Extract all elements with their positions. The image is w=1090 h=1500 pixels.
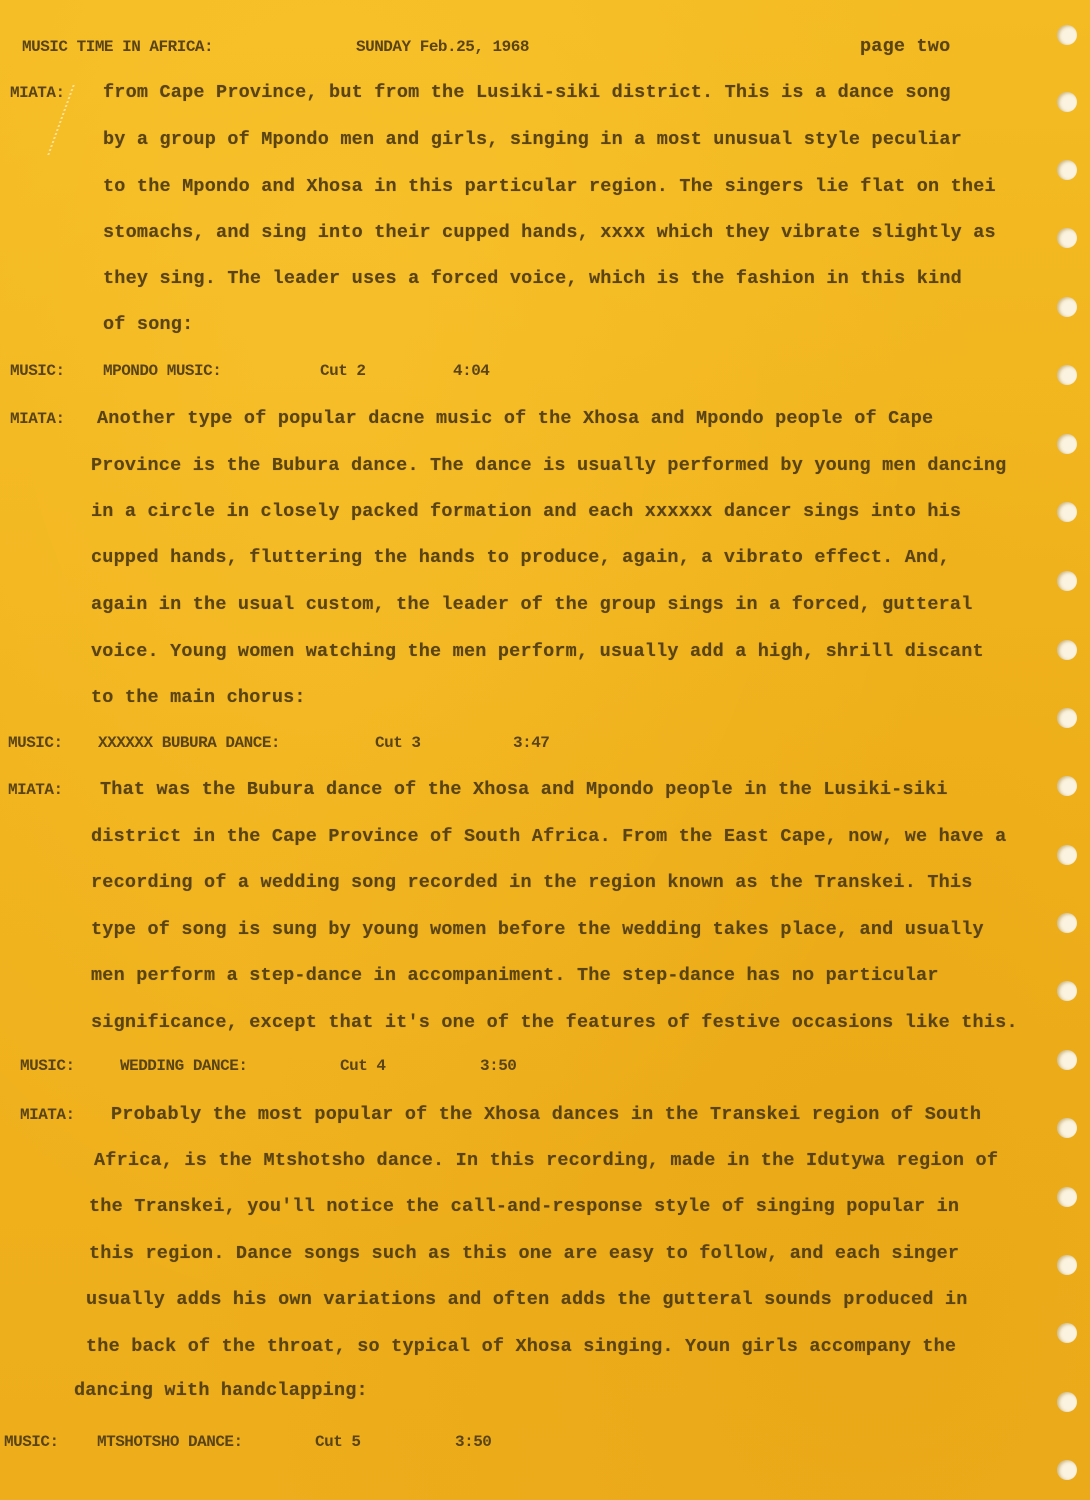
script-line: Probably the most popular of the Xhosa d…	[111, 1104, 981, 1125]
binder-hole	[1057, 571, 1077, 591]
binder-hole	[1057, 92, 1077, 112]
script-line: to the main chorus:	[91, 687, 306, 708]
binder-hole	[1057, 776, 1077, 796]
script-line: from Cape Province, but from the Lusiki-…	[103, 82, 951, 103]
music-cut: Cut 4	[340, 1057, 386, 1075]
script-line: usually adds his own variations and ofte…	[86, 1289, 968, 1310]
page-number: page two	[860, 36, 950, 57]
script-line: of song:	[103, 314, 193, 335]
music-cue-label: MUSIC:	[4, 1433, 59, 1451]
music-title: MTSHOTSHO DANCE:	[97, 1433, 243, 1451]
binder-hole	[1057, 981, 1077, 1001]
script-line: Another type of popular dacne music of t…	[97, 408, 933, 429]
binder-hole	[1057, 297, 1077, 317]
music-duration: 3:47	[513, 734, 549, 752]
binder-hole	[1057, 1323, 1077, 1343]
binder-hole	[1057, 160, 1077, 180]
binder-hole	[1057, 913, 1077, 933]
script-line: That was the Bubura dance of the Xhosa a…	[100, 779, 948, 800]
script-line: the Transkei, you'll notice the call-and…	[89, 1196, 959, 1217]
music-cut: Cut 3	[375, 734, 421, 752]
script-line: they sing. The leader uses a forced voic…	[103, 268, 962, 289]
broadcast-date: SUNDAY Feb.25, 1968	[356, 38, 529, 56]
script-line: to the Mpondo and Xhosa in this particul…	[103, 176, 996, 197]
binder-hole	[1057, 1187, 1077, 1207]
binder-hole	[1057, 1118, 1077, 1138]
script-line: recording of a wedding song recorded in …	[91, 872, 973, 893]
script-line: significance, except that it's one of th…	[91, 1012, 1018, 1033]
typewritten-page: MUSIC TIME IN AFRICA: SUNDAY Feb.25, 196…	[0, 0, 1090, 1500]
binder-hole	[1057, 640, 1077, 660]
music-duration: 3:50	[455, 1433, 491, 1451]
script-line: district in the Cape Province of South A…	[91, 826, 1006, 847]
binder-hole	[1057, 228, 1077, 248]
music-cue-label: MUSIC:	[10, 362, 65, 380]
binder-hole	[1057, 845, 1077, 865]
script-line: stomachs, and sing into their cupped han…	[103, 222, 996, 243]
script-line: type of song is sung by young women befo…	[91, 919, 984, 940]
script-line: dancing with handclapping:	[74, 1380, 368, 1401]
speaker-label: MIATA:	[20, 1106, 75, 1124]
script-line: voice. Young women watching the men perf…	[91, 641, 984, 662]
script-line: men perform a step-dance in accompanimen…	[91, 965, 939, 986]
program-title: MUSIC TIME IN AFRICA:	[22, 38, 213, 56]
music-cue-label: MUSIC:	[8, 734, 63, 752]
script-line: Province is the Bubura dance. The dance …	[91, 455, 1006, 476]
speaker-label: MIATA:	[10, 84, 65, 102]
binder-hole	[1057, 502, 1077, 522]
script-line: cupped hands, fluttering the hands to pr…	[91, 547, 950, 568]
speaker-label: MIATA:	[8, 781, 63, 799]
script-line: again in the usual custom, the leader of…	[91, 594, 973, 615]
script-line: this region. Dance songs such as this on…	[89, 1243, 959, 1264]
music-cut: Cut 2	[320, 362, 366, 380]
music-duration: 3:50	[480, 1057, 516, 1075]
music-duration: 4:04	[453, 362, 489, 380]
script-line: by a group of Mpondo men and girls, sing…	[103, 129, 962, 150]
music-title: WEDDING DANCE:	[120, 1057, 247, 1075]
binder-hole	[1057, 434, 1077, 454]
binder-hole	[1057, 708, 1077, 728]
script-line: the back of the throat, so typical of Xh…	[86, 1336, 956, 1357]
binder-hole	[1057, 1255, 1077, 1275]
script-line: in a circle in closely packed formation …	[91, 501, 961, 522]
music-title: MPONDO MUSIC:	[103, 362, 221, 380]
binder-hole	[1057, 1050, 1077, 1070]
binder-hole	[1057, 25, 1077, 45]
script-line: Africa, is the Mtshotsho dance. In this …	[94, 1150, 998, 1171]
speaker-label: MIATA:	[10, 410, 65, 428]
binder-hole	[1057, 365, 1077, 385]
music-title: XXXXXX BUBURA DANCE:	[98, 734, 280, 752]
binder-hole	[1057, 1460, 1077, 1480]
music-cut: Cut 5	[315, 1433, 361, 1451]
music-cue-label: MUSIC:	[20, 1057, 75, 1075]
binder-hole	[1057, 1392, 1077, 1412]
